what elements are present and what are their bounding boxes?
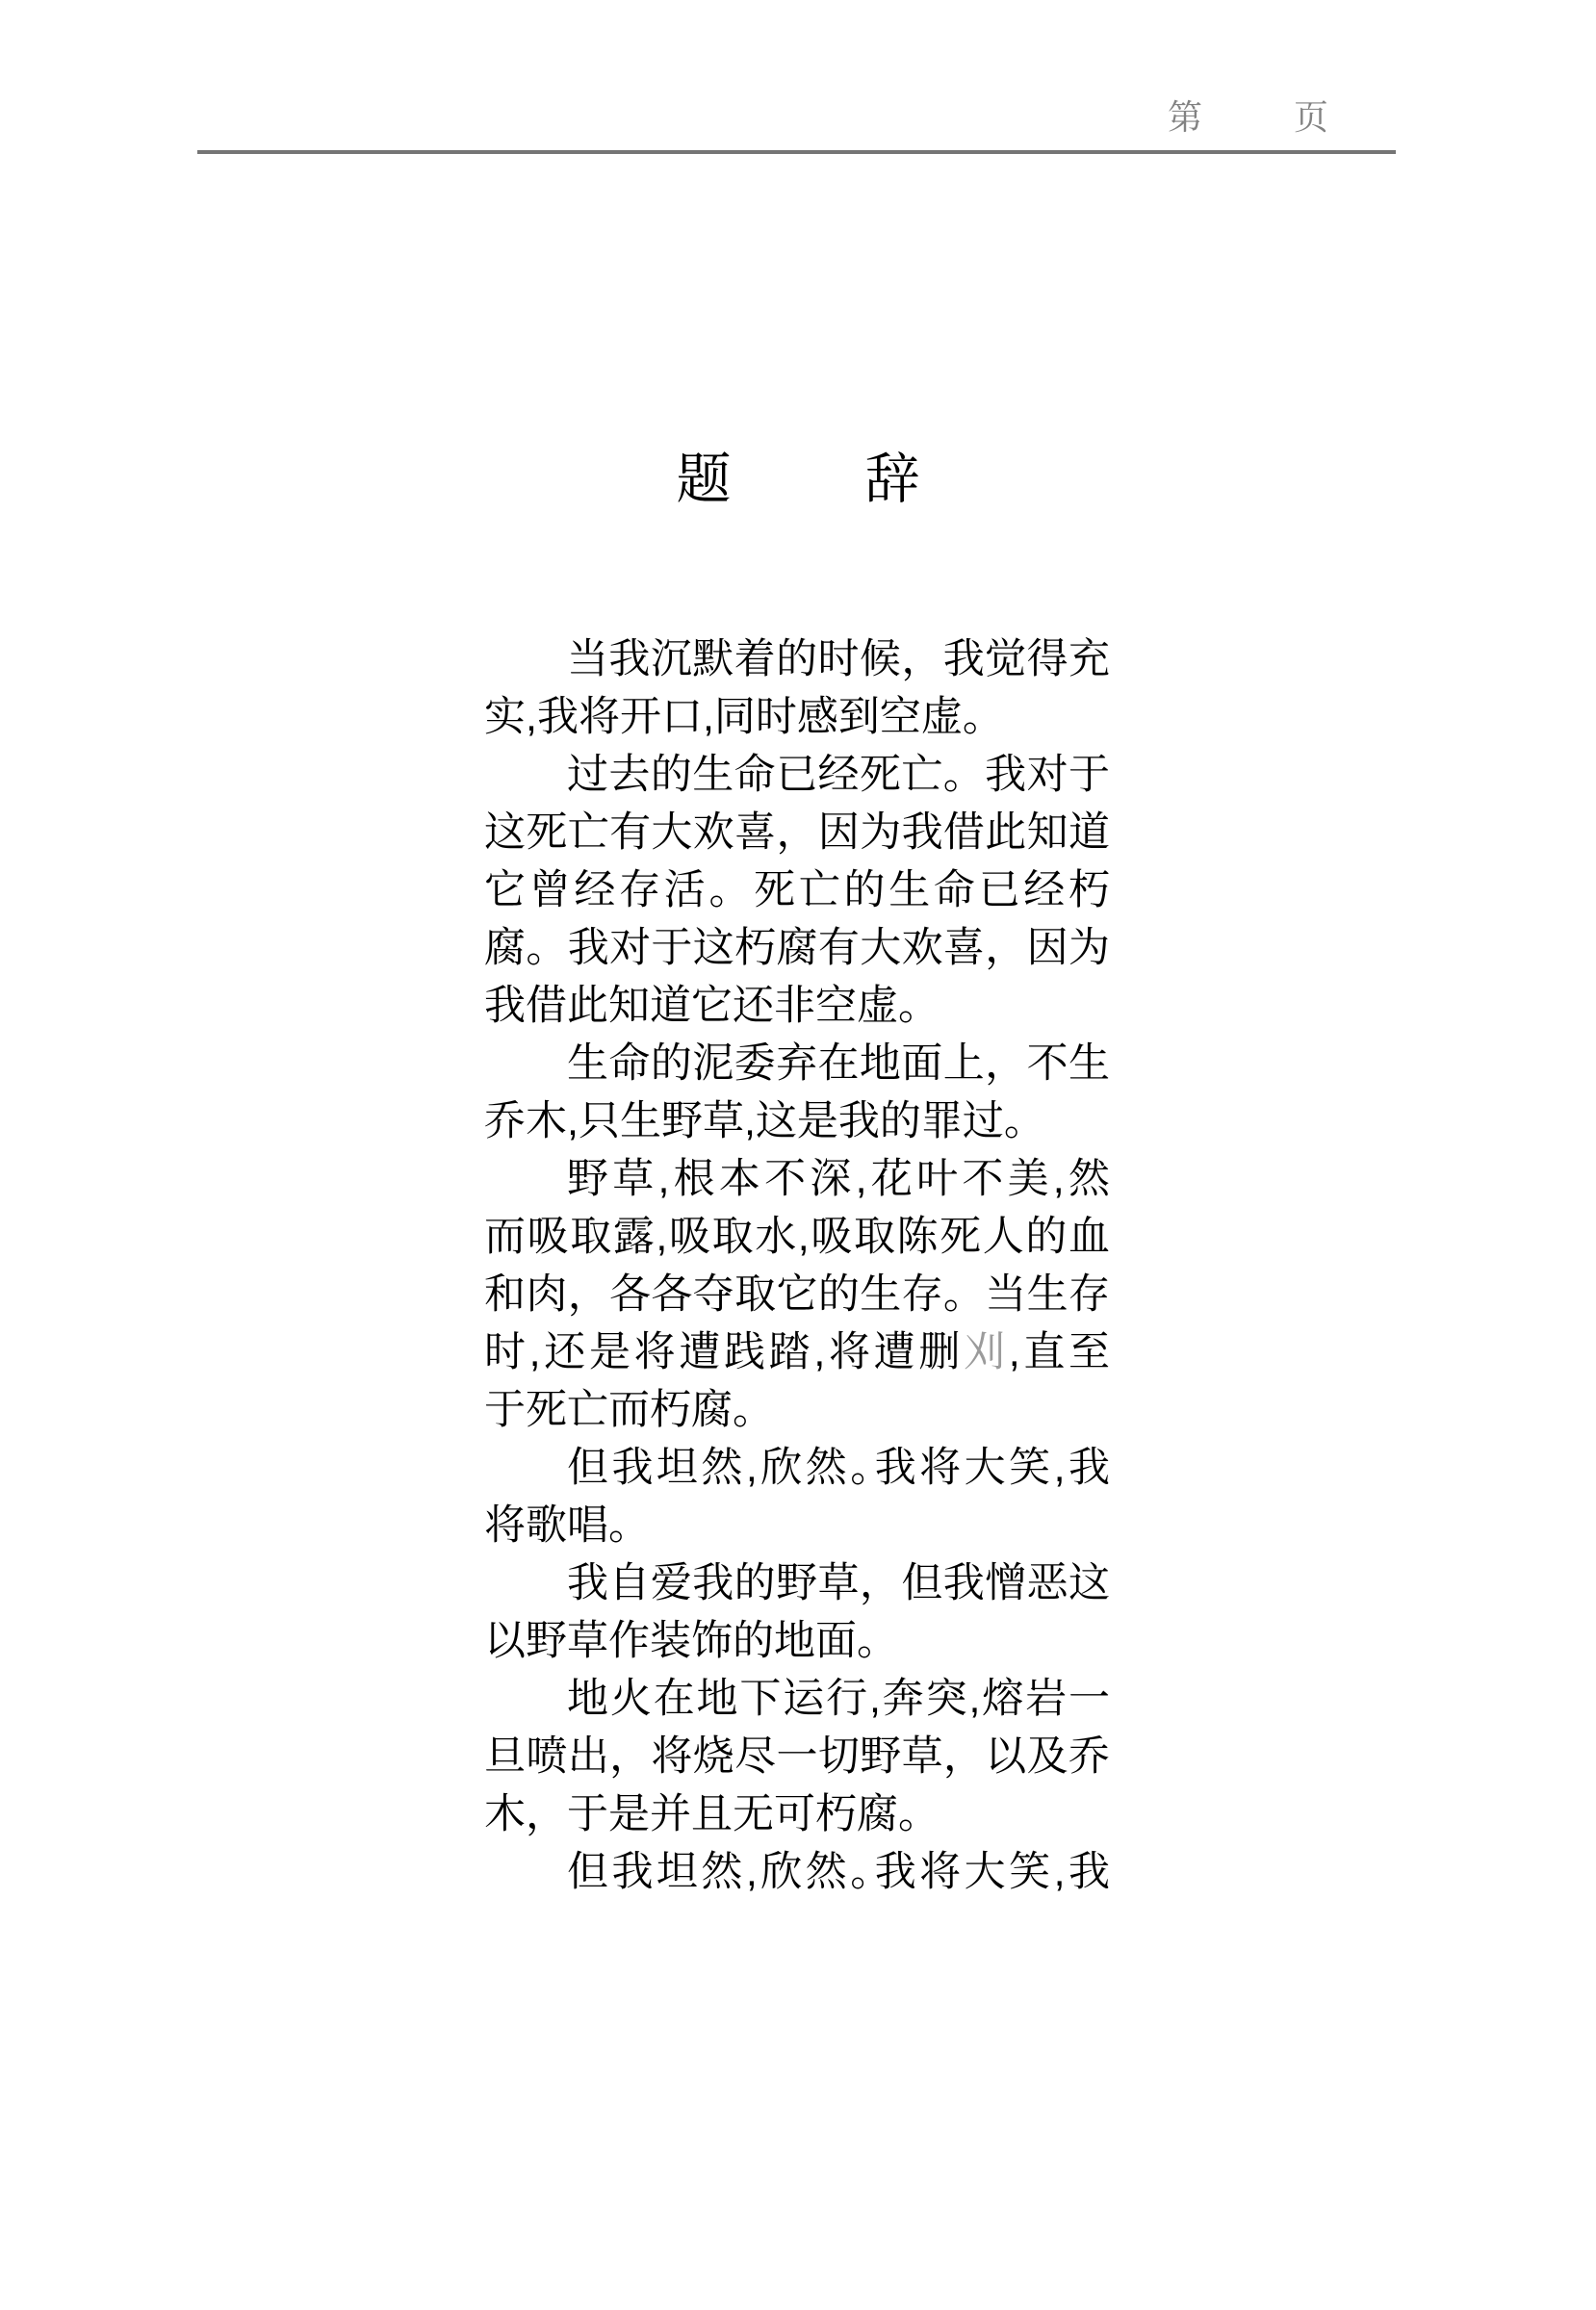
paragraph-7: 地火在地下运行,奔突,熔岩一 旦喷出，将烧尽一切野草，以及乔 木，于是并且无可朽…: [484, 1670, 1110, 1843]
header-rule: [197, 150, 1396, 154]
text-line: 以野草作装饰的地面。: [484, 1612, 1110, 1670]
paragraph-6: 我自爱我的野草，但我憎恶这 以野草作装饰的地面。: [484, 1554, 1110, 1670]
body-text: 当我沉默着的时候，我觉得充 实,我将开口,同时感到空虚。 过去的生命已经死亡。我…: [484, 630, 1110, 1901]
text-line: 腐。我对于这朽腐有大欢喜，因为: [484, 919, 1110, 977]
paragraph-1: 当我沉默着的时候，我觉得充 实,我将开口,同时感到空虚。: [484, 630, 1110, 746]
compressed-period: 。: [850, 1439, 871, 1497]
line-segment: ,直至: [1009, 1329, 1110, 1375]
line-segment: 我将大笑,我: [871, 1849, 1110, 1895]
paragraph-4: 野草,根本不深,花叶不美,然 而吸取露,吸取水,吸取陈死人的血 和肉，各各夺取它…: [484, 1150, 1110, 1439]
text-line: 野草,根本不深,花叶不美,然: [484, 1150, 1110, 1208]
text-line: 时,还是将遭践踏,将遭删刈,直至: [484, 1323, 1110, 1381]
paragraph-3: 生命的泥委弃在地面上，不生 乔木,只生野草,这是我的罪过。: [484, 1035, 1110, 1150]
text-line: 当我沉默着的时候，我觉得充: [484, 630, 1110, 688]
text-line: 木，于是并且无可朽腐。: [484, 1785, 1110, 1843]
paragraph-2: 过去的生命已经死亡。我对于 这死亡有大欢喜，因为我借此知道 它曾经存活。死亡的生…: [484, 746, 1110, 1035]
line-segment: 但我坦然,欣然: [567, 1849, 850, 1895]
text-line: 它曾经存活。死亡的生命已经朽: [484, 861, 1110, 919]
text-line: 而吸取露,吸取水,吸取陈死人的血: [484, 1208, 1110, 1266]
text-line: 我借此知道它还非空虚。: [484, 977, 1110, 1035]
text-line: 旦喷出，将烧尽一切野草，以及乔: [484, 1728, 1110, 1785]
page-header: 第页: [1168, 100, 1328, 135]
text-line: 地火在地下运行,奔突,熔岩一: [484, 1670, 1110, 1728]
text-line: 我自爱我的野草，但我憎恶这: [484, 1554, 1110, 1612]
text-line: 但我坦然,欣然。我将大笑,我: [484, 1843, 1110, 1901]
paragraph-5: 但我坦然,欣然。我将大笑,我 将歌唱。: [484, 1439, 1110, 1554]
text-line: 过去的生命已经死亡。我对于: [484, 746, 1110, 804]
compressed-period: 。: [850, 1843, 871, 1901]
text-line: 和肉，各各夺取它的生存。当生存: [484, 1266, 1110, 1323]
line-segment: 时,还是将遭践踏,将遭删: [484, 1329, 964, 1375]
text-line: 于死亡而朽腐。: [484, 1381, 1110, 1439]
text-line: 实,我将开口,同时感到空虚。: [484, 688, 1110, 746]
faded-char-yi: 刈: [964, 1329, 1009, 1375]
title-char-2: 辞: [865, 452, 920, 507]
text-line: 将歌唱。: [484, 1497, 1110, 1554]
header-label-di: 第: [1168, 97, 1202, 137]
line-segment: 我将大笑,我: [871, 1445, 1110, 1491]
header-label-ye: 页: [1294, 97, 1328, 137]
line-segment: 但我坦然,欣然: [567, 1445, 850, 1491]
text-line: 乔木,只生野草,这是我的罪过。: [484, 1092, 1110, 1150]
paragraph-8: 但我坦然,欣然。我将大笑,我: [484, 1843, 1110, 1901]
title-char-1: 题: [677, 452, 732, 507]
text-line: 这死亡有大欢喜，因为我借此知道: [484, 804, 1110, 861]
text-line: 生命的泥委弃在地面上，不生: [484, 1035, 1110, 1092]
page-title: 题 辞: [0, 452, 1596, 507]
book-page: 第页 题 辞 当我沉默着的时候，我觉得充 实,我将开口,同时感到空虚。 过去的生…: [0, 0, 1596, 2310]
text-line: 但我坦然,欣然。我将大笑,我: [484, 1439, 1110, 1497]
